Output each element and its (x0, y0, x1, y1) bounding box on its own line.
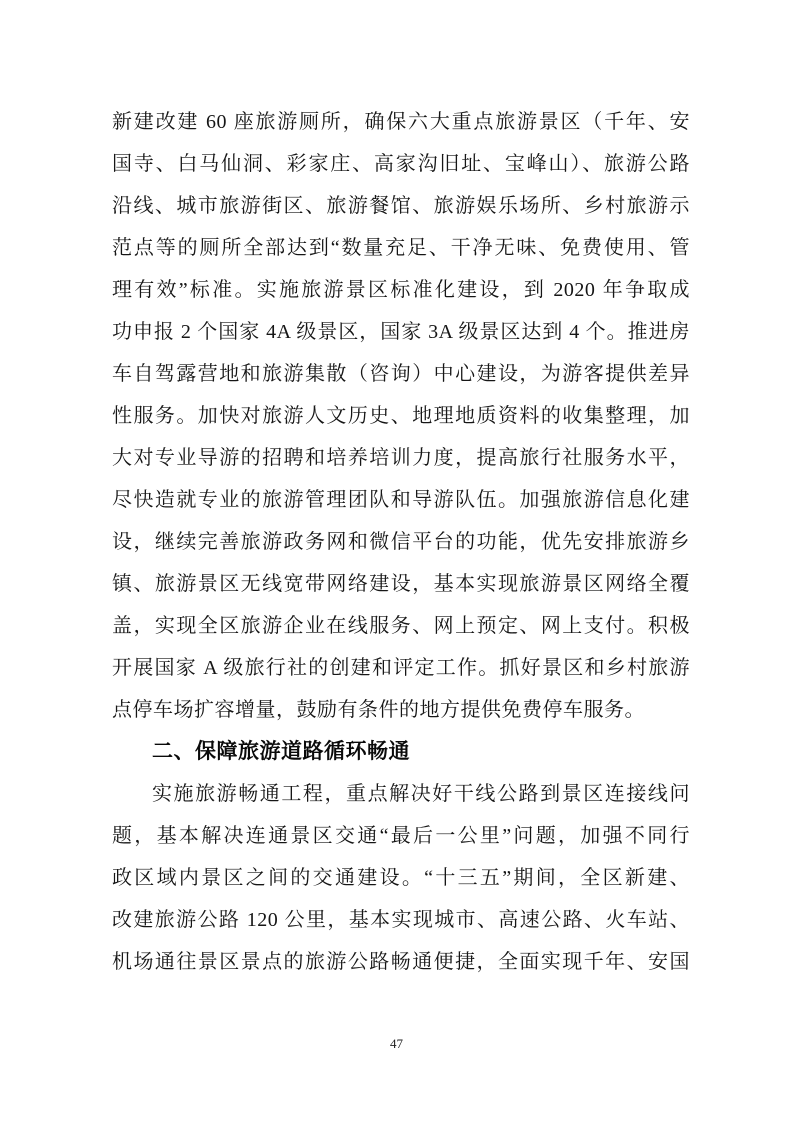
text-line: 设，继续完善旅游政务网和微信平台的功能，优先安排旅游乡 (112, 521, 690, 563)
text-line: 改建旅游公路 120 公里，基本实现城市、高速公路、火车站、 (112, 899, 690, 941)
text-line: 新建改建 60 座旅游厕所，确保六大重点旅游景区（千年、安 (112, 101, 690, 143)
text-line: 车自驾露营地和旅游集散（咨询）中心建设，为游客提供差异 (112, 353, 690, 395)
text-line: 机场通往景区景点的旅游公路畅通便捷，全面实现千年、安国 (112, 941, 690, 983)
text-line: 盖，实现全区旅游企业在线服务、网上预定、网上支付。积极 (112, 605, 690, 647)
text-line: 大对专业导游的招聘和培养培训力度，提高旅行社服务水平， (112, 437, 690, 479)
text-line: 理有效”标准。实施旅游景区标准化建设，到 2020 年争取成 (112, 269, 690, 311)
text-line: 开展国家 A 级旅行社的创建和评定工作。抓好景区和乡村旅游 (112, 647, 690, 689)
section-heading: 二、保障旅游道路循环畅通 (112, 731, 690, 773)
document-page: 新建改建 60 座旅游厕所，确保六大重点旅游景区（千年、安 国寺、白马仙洞、彩家… (0, 0, 793, 1122)
text-line: 点停车场扩容增量，鼓励有条件的地方提供免费停车服务。 (112, 689, 690, 731)
text-line: 题，基本解决连通景区交通“最后一公里”问题，加强不同行 (112, 815, 690, 857)
text-block: 新建改建 60 座旅游厕所，确保六大重点旅游景区（千年、安 国寺、白马仙洞、彩家… (112, 101, 690, 983)
text-line: 政区域内景区之间的交通建设。“十三五”期间，全区新建、 (112, 857, 690, 899)
text-line: 镇、旅游景区无线宽带网络建设，基本实现旅游景区网络全覆 (112, 563, 690, 605)
text-line: 功申报 2 个国家 4A 级景区，国家 3A 级景区达到 4 个。推进房 (112, 311, 690, 353)
page-number: 47 (0, 1036, 793, 1052)
text-line: 范点等的厕所全部达到“数量充足、干净无味、免费使用、管 (112, 227, 690, 269)
text-line: 实施旅游畅通工程，重点解决好干线公路到景区连接线问 (112, 773, 690, 815)
text-line: 尽快造就专业的旅游管理团队和导游队伍。加强旅游信息化建 (112, 479, 690, 521)
text-line: 性服务。加快对旅游人文历史、地理地质资料的收集整理，加 (112, 395, 690, 437)
text-line: 国寺、白马仙洞、彩家庄、高家沟旧址、宝峰山）、旅游公路 (112, 143, 690, 185)
text-line: 沿线、城市旅游街区、旅游餐馆、旅游娱乐场所、乡村旅游示 (112, 185, 690, 227)
